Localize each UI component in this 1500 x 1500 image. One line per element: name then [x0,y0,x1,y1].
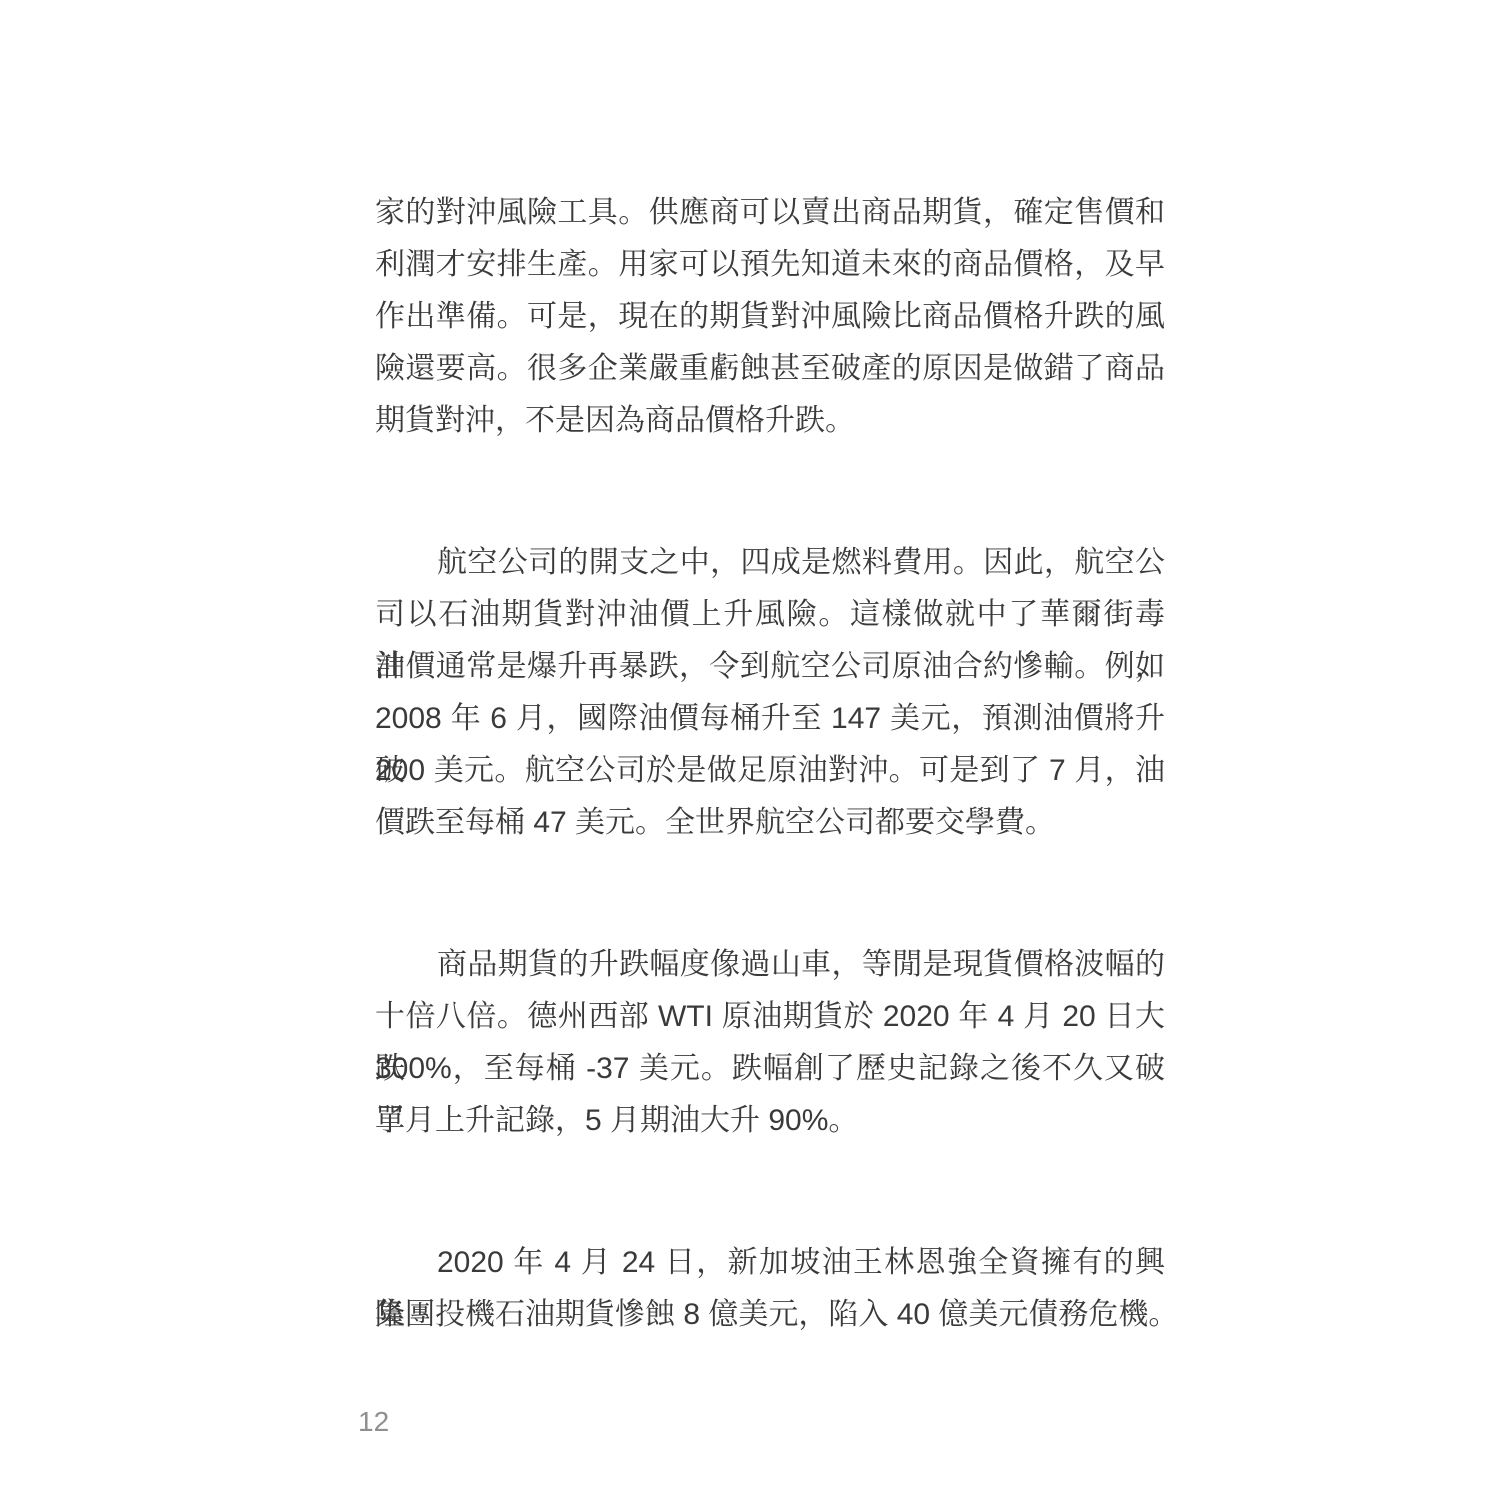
text-line: 300%，至每桶 -37 美元。跌幅創了歷史記錄之後不久又破了 [375,1043,1165,1095]
text-content: 家的對沖風險工具。供應商可以賣出商品期貨，確定售價和利潤才安排生產。用家可以預先… [375,187,1165,1341]
text-line: 作出準備。可是，現在的期貨對沖風險比商品價格升跌的風 [375,291,1165,343]
text-line: 司以石油期貨對沖油價上升風險。這樣做就中了華爾街毒計， [375,589,1165,641]
paragraph: 家的對沖風險工具。供應商可以賣出商品期貨，確定售價和利潤才安排生產。用家可以預先… [375,187,1165,447]
paragraph: 2020 年 4 月 24 日，新加坡油王林恩強全資擁有的興隆集團投機石油期貨慘… [375,1237,1165,1341]
document-page: 家的對沖風險工具。供應商可以賣出商品期貨，確定售價和利潤才安排生產。用家可以預先… [0,0,1500,1500]
text-line: 2020 年 4 月 24 日，新加坡油王林恩強全資擁有的興隆 [375,1237,1165,1289]
text-line: 200 美元。航空公司於是做足原油對沖。可是到了 7 月，油 [375,745,1165,797]
text-line: 利潤才安排生產。用家可以預先知道未來的商品價格，及早 [375,239,1165,291]
paragraph: 商品期貨的升跌幅度像過山車，等閒是現貨價格波幅的十倍八倍。德州西部 WTI 原油… [375,939,1165,1147]
page-number: 12 [358,1402,389,1442]
text-line: 航空公司的開支之中，四成是燃料費用。因此，航空公 [375,537,1165,589]
text-line: 價跌至每桶 47 美元。全世界航空公司都要交學費。 [375,797,1165,849]
text-line: 商品期貨的升跌幅度像過山車，等閒是現貨價格波幅的 [375,939,1165,991]
text-line: 險還要高。很多企業嚴重虧蝕甚至破產的原因是做錯了商品 [375,343,1165,395]
text-line: 集團投機石油期貨慘蝕 8 億美元，陷入 40 億美元債務危機。 [375,1289,1165,1341]
paragraph: 航空公司的開支之中，四成是燃料費用。因此，航空公司以石油期貨對沖油價上升風險。這… [375,537,1165,849]
text-line: 十倍八倍。德州西部 WTI 原油期貨於 2020 年 4 月 20 日大跌 [375,991,1165,1043]
text-line: 單月上升記錄，5 月期油大升 90%。 [375,1095,1165,1147]
text-line: 2008 年 6 月，國際油價每桶升至 147 美元，預測油價將升破 [375,693,1165,745]
text-line: 期貨對沖，不是因為商品價格升跌。 [375,395,1165,447]
text-line: 油價通常是爆升再暴跌，令到航空公司原油合約慘輸。例如 [375,641,1165,693]
text-line: 家的對沖風險工具。供應商可以賣出商品期貨，確定售價和 [375,187,1165,239]
